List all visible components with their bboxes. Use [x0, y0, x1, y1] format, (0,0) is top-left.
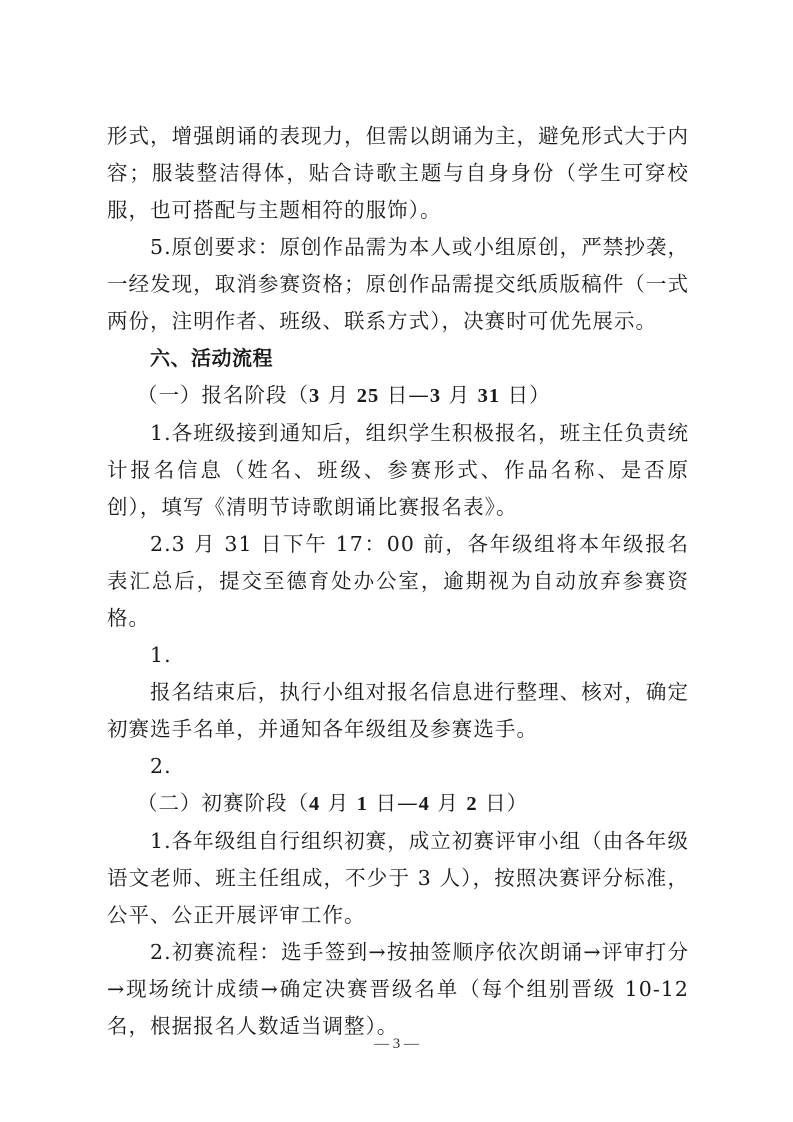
paragraph-preliminary-flow: 2.初赛流程：选手签到→按抽签顺序依次朗诵→评审打分→现场统计成绩→确定决赛晋级… — [107, 934, 689, 1045]
date-day-end: 31 — [478, 385, 501, 407]
date-separator: 日— — [368, 791, 419, 815]
paragraph-registration-verification: 报名结束后，执行小组对报名信息进行整理、核对，确定初赛选手名单，并通知各年级组及… — [107, 674, 689, 748]
date-suffix: 日） — [478, 791, 529, 815]
subheading-prefix: （一）报名阶段（ — [137, 383, 309, 407]
subheading-prefix: （二）初赛阶段（ — [137, 791, 309, 815]
date-suffix: 日） — [500, 383, 551, 407]
date-separator: 日— — [379, 383, 430, 407]
date-unit: 月 — [320, 383, 357, 407]
paragraph-original-requirement: 5.原创要求：原创作品需为本人或小组原创，严禁抄袭，一经发现，取消参赛资格；原创… — [107, 229, 689, 340]
paragraph-submission-deadline: 2.3 月 31 日下午 17：00 前，各年级组将本年级报名表汇总后，提交至德… — [107, 526, 689, 637]
document-page: 形式，增强朗诵的表现力，但需以朗诵为主，避免形式大于内容；服装整洁得体，贴合诗歌… — [107, 118, 689, 1045]
paragraph-class-registration: 1.各班级接到通知后，组织学生积极报名，班主任负责统计报名信息（姓名、班级、参赛… — [107, 415, 689, 526]
subheading-preliminary-stage: （二）初赛阶段（4 月 1 日—4 月 2 日） — [107, 785, 689, 823]
date-day-start: 25 — [357, 385, 380, 407]
date-month-end: 3 — [430, 385, 441, 407]
date-day-end: 2 — [466, 793, 477, 815]
date-month-start: 3 — [309, 385, 320, 407]
date-unit: 月 — [430, 791, 467, 815]
paragraph-list-marker-1: 1. — [107, 637, 689, 674]
paragraph-preliminary-organization: 1.各年级组自行组织初赛，成立初赛评审小组（由各年级语文老师、班主任组成，不少于… — [107, 823, 689, 934]
date-unit: 月 — [441, 383, 478, 407]
date-month-end: 4 — [419, 793, 430, 815]
paragraph-performance-form: 形式，增强朗诵的表现力，但需以朗诵为主，避免形式大于内容；服装整洁得体，贴合诗歌… — [107, 118, 689, 229]
date-month-start: 4 — [309, 793, 320, 815]
section-heading-activity-process: 六、活动流程 — [107, 340, 689, 377]
date-unit: 月 — [320, 791, 357, 815]
paragraph-list-marker-2: 2. — [107, 748, 689, 785]
date-day-start: 1 — [357, 793, 368, 815]
page-number: — 3 — — [0, 1036, 793, 1053]
subheading-registration-stage: （一）报名阶段（3 月 25 日—3 月 31 日） — [107, 377, 689, 415]
